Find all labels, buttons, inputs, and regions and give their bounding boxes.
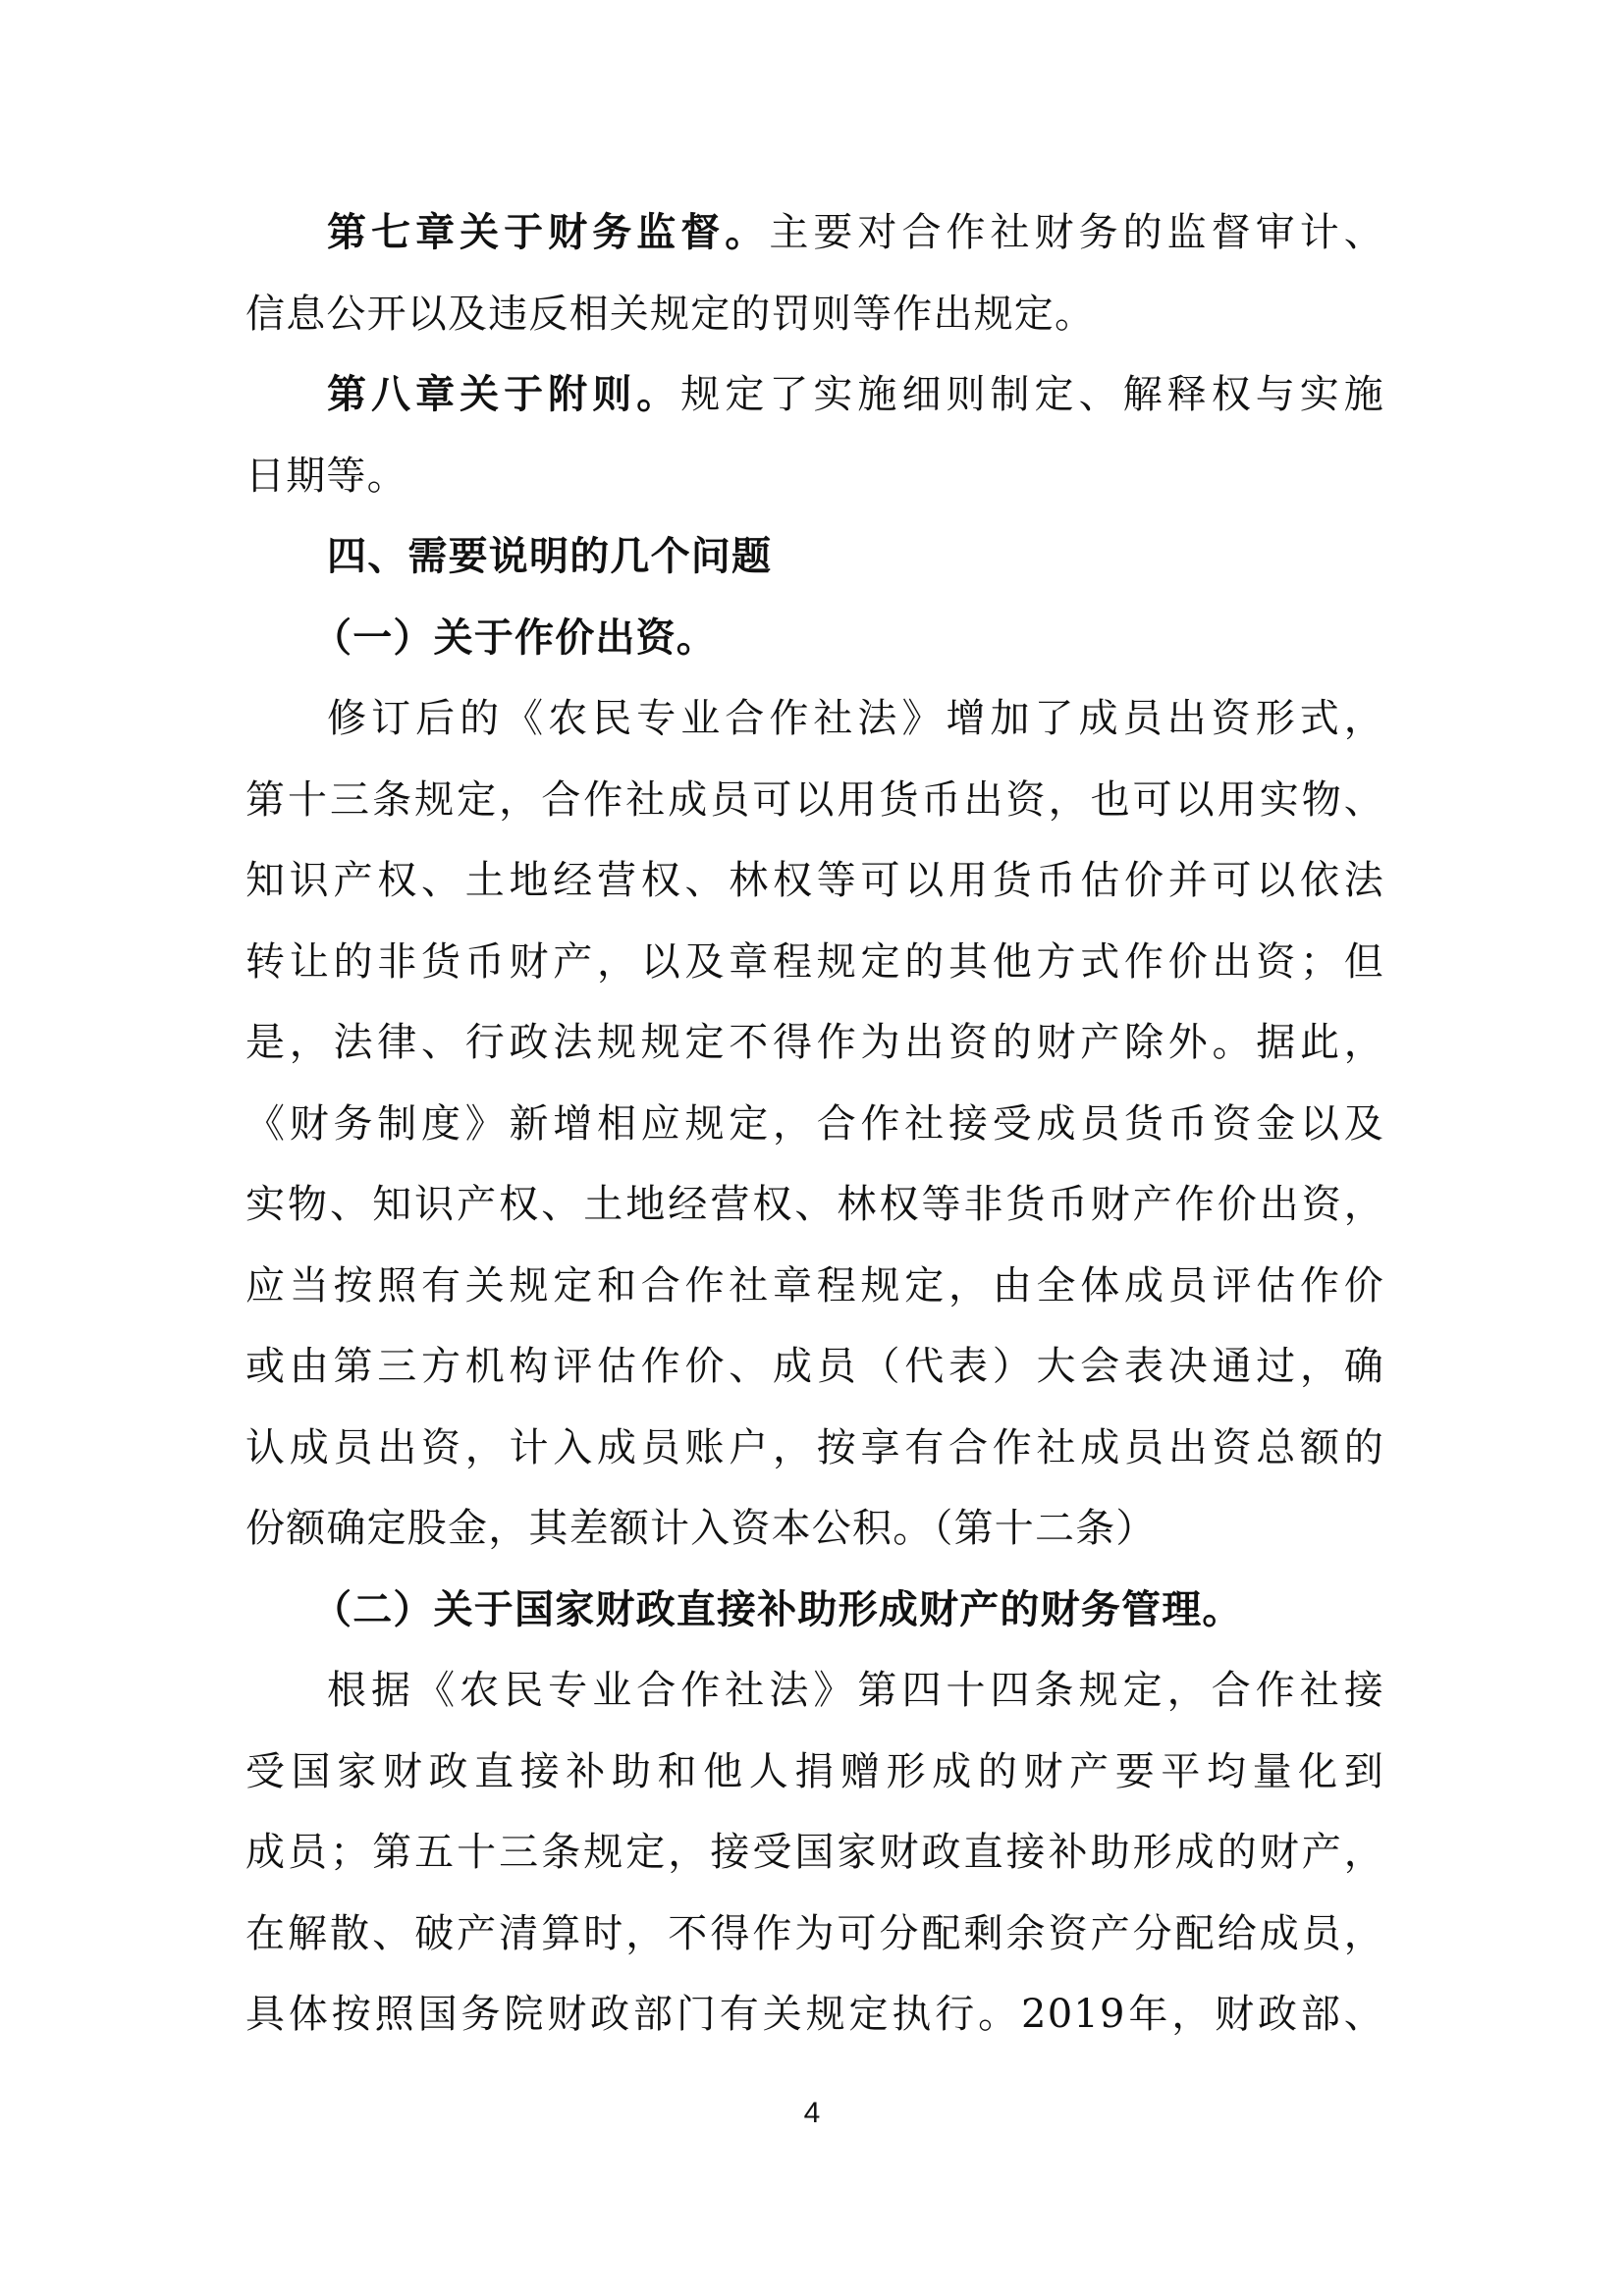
chapter8-paragraph-line1: 第八章关于附则。规定了实施细则制定、解释权与实施 bbox=[327, 365, 1384, 424]
page-number: 4 bbox=[792, 2097, 832, 2130]
subsection1-heading: （一）关于作价出资。 bbox=[312, 609, 1370, 667]
sub2-body-line: 根据《农民专业合作社法》第四十四条规定，合作社接 bbox=[327, 1661, 1384, 1720]
sub1-body-line: 认成员出资，计入成员账户，按享有合作社成员出资总额的 bbox=[245, 1418, 1384, 1477]
sub1-body-line: 修订后的《农民专业合作社法》增加了成员出资形式， bbox=[327, 689, 1384, 748]
section4-heading: 四、需要说明的几个问题 bbox=[327, 527, 1384, 586]
sub1-body-line: 份额确定股金，其差额计入资本公积。（第十二条） bbox=[245, 1499, 1384, 1558]
document-page: 第七章关于财务监督。主要对合作社财务的监督审计、 信息公开以及违反相关规定的罚则… bbox=[0, 0, 1624, 2296]
subsection2-heading: （二）关于国家财政直接补助形成财产的财务管理。 bbox=[312, 1580, 1370, 1639]
sub1-body-line: 应当按照有关规定和合作社章程规定，由全体成员评估作价 bbox=[245, 1256, 1384, 1315]
sub2-body-line: 在解散、破产清算时，不得作为可分配剩余资产分配给成员， bbox=[245, 1904, 1384, 1963]
sub2-body-line: 具体按照国务院财政部门有关规定执行。2019年，财政部、 bbox=[245, 1985, 1384, 2044]
chapter8-text: 规定了实施细则制定、解释权与实施 bbox=[680, 372, 1384, 417]
sub1-body-line: 转让的非货币财产，以及章程规定的其他方式作价出资；但 bbox=[245, 933, 1384, 991]
chapter7-paragraph-line2: 信息公开以及违反相关规定的罚则等作出规定。 bbox=[245, 285, 1384, 344]
sub1-body-line: 第十三条规定，合作社成员可以用货币出资，也可以用实物、 bbox=[245, 771, 1384, 829]
chapter8-lead: 第八章关于附则。 bbox=[327, 372, 680, 417]
sub1-body-line: 实物、知识产权、土地经营权、林权等非货币财产作价出资， bbox=[245, 1175, 1384, 1234]
chapter7-lead: 第七章关于财务监督。 bbox=[327, 210, 769, 255]
sub1-body-line: 或由第三方机构评估作价、成员（代表）大会表决通过，确 bbox=[245, 1337, 1384, 1396]
sub1-body-line: 是，法律、行政法规规定不得作为出资的财产除外。据此， bbox=[245, 1013, 1384, 1072]
sub1-body-line: 知识产权、土地经营权、林权等可以用货币估价并可以依法 bbox=[245, 851, 1384, 910]
chapter7-text: 主要对合作社财务的监督审计、 bbox=[769, 210, 1384, 255]
sub2-body-line: 受国家财政直接补助和他人捐赠形成的财产要平均量化到 bbox=[245, 1742, 1384, 1801]
chapter7-paragraph-line1: 第七章关于财务监督。主要对合作社财务的监督审计、 bbox=[327, 203, 1384, 262]
chapter8-paragraph-line2: 日期等。 bbox=[245, 447, 1384, 506]
sub1-body-line: 《财务制度》新增相应规定，合作社接受成员货币资金以及 bbox=[245, 1095, 1384, 1153]
sub2-body-line: 成员；第五十三条规定，接受国家财政直接补助形成的财产， bbox=[245, 1823, 1384, 1882]
